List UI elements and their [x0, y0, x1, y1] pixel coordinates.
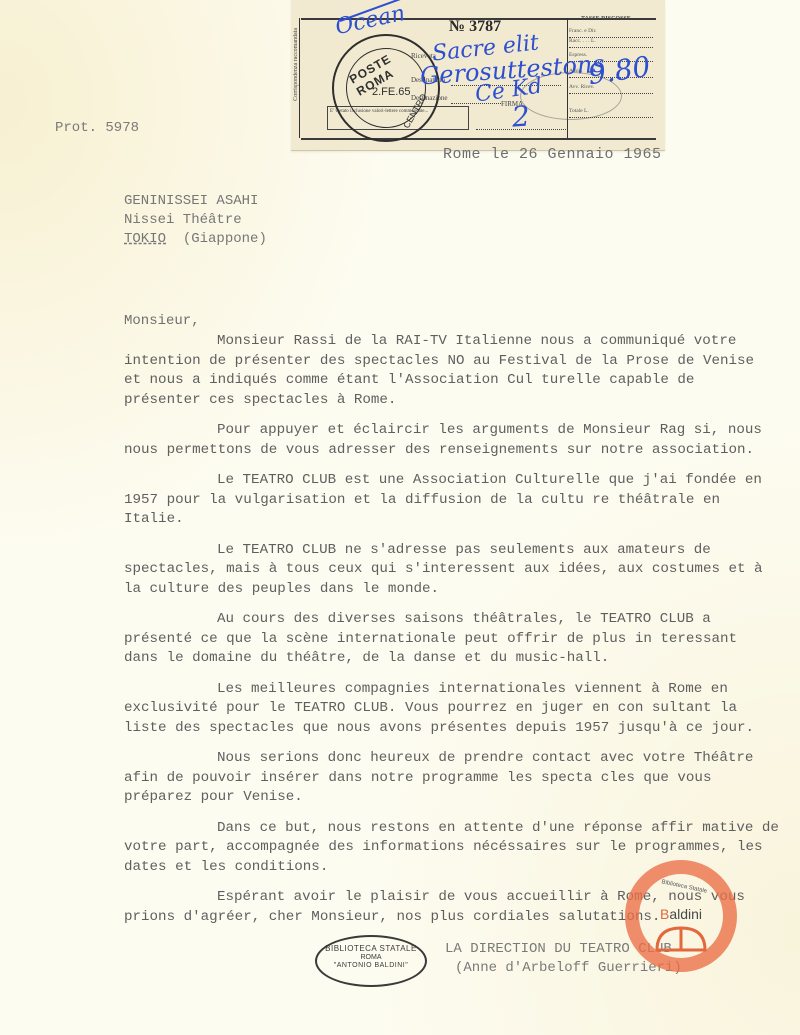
- watermark-initial: B: [660, 906, 669, 922]
- handwriting-mark: 2: [511, 99, 531, 133]
- tax-row: Racc. . . . L.: [569, 38, 653, 48]
- recipient-address: GENINISSEI ASAHI Nissei Théâtre TOKIO (G…: [124, 192, 267, 249]
- letter-body: Monsieur Rassi de la RAI-TV Italienne no…: [124, 332, 779, 938]
- tax-header: TASSE RISCOSSE: [581, 16, 631, 22]
- letter-date: Rome le 26 Gennaio 1965: [443, 146, 662, 163]
- recipient-city: TOKIO: [124, 231, 166, 247]
- paragraph: Monsieur Rassi de la RAI-TV Italienne no…: [124, 332, 779, 410]
- library-stamp: BIBLIOTECA STATALE ROMA "ANTONIO BALDINI…: [315, 935, 427, 987]
- library-stamp-line: "ANTONIO BALDINI": [317, 962, 425, 969]
- library-stamp-line: BIBLIOTECA STATALE: [317, 944, 425, 953]
- paragraph: Le TEATRO CLUB est une Association Cultu…: [124, 471, 779, 530]
- receipt-number: № 3787: [449, 18, 501, 36]
- watermark-brand: Baldini: [649, 906, 713, 922]
- recipient-country: (Giappone): [183, 231, 267, 247]
- receipt-side-label: Corrispondenza raccomandata: [293, 28, 299, 101]
- protocol-number: Prot. 5978: [55, 120, 139, 136]
- postmark-date: 2.FE.65: [372, 86, 411, 98]
- receipt-divider: [299, 18, 300, 138]
- paragraph: Nous serions donc heureux de prendre con…: [124, 749, 779, 808]
- salutation: Monsieur,: [124, 313, 200, 329]
- recipient-name: GENINISSEI ASAHI: [124, 192, 267, 211]
- recipient-org: Nissei Théâtre: [124, 211, 267, 230]
- paragraph: Pour appuyer et éclaircir les arguments …: [124, 421, 779, 460]
- watermark-small-text: Biblioteca Statale: [661, 879, 708, 895]
- paragraph: Le TEATRO CLUB ne s'adresse pas seulemen…: [124, 541, 779, 600]
- library-stamp-line: ROMA: [317, 954, 425, 961]
- paragraph: Au cours des diverses saisons théâtrales…: [124, 610, 779, 669]
- open-book-icon: [653, 924, 709, 954]
- signature-name: (Anne d'Arbeloff Guerrieri): [445, 959, 682, 978]
- recipient-location: TOKIO (Giappone): [124, 230, 267, 249]
- tax-row: Franc. e Dir.: [569, 28, 653, 38]
- watermark-brand-rest: aldini: [669, 906, 702, 922]
- baldini-watermark-logo: Biblioteca Statale Baldini: [625, 860, 737, 972]
- paragraph: Les meilleures compagnies internationale…: [124, 680, 779, 739]
